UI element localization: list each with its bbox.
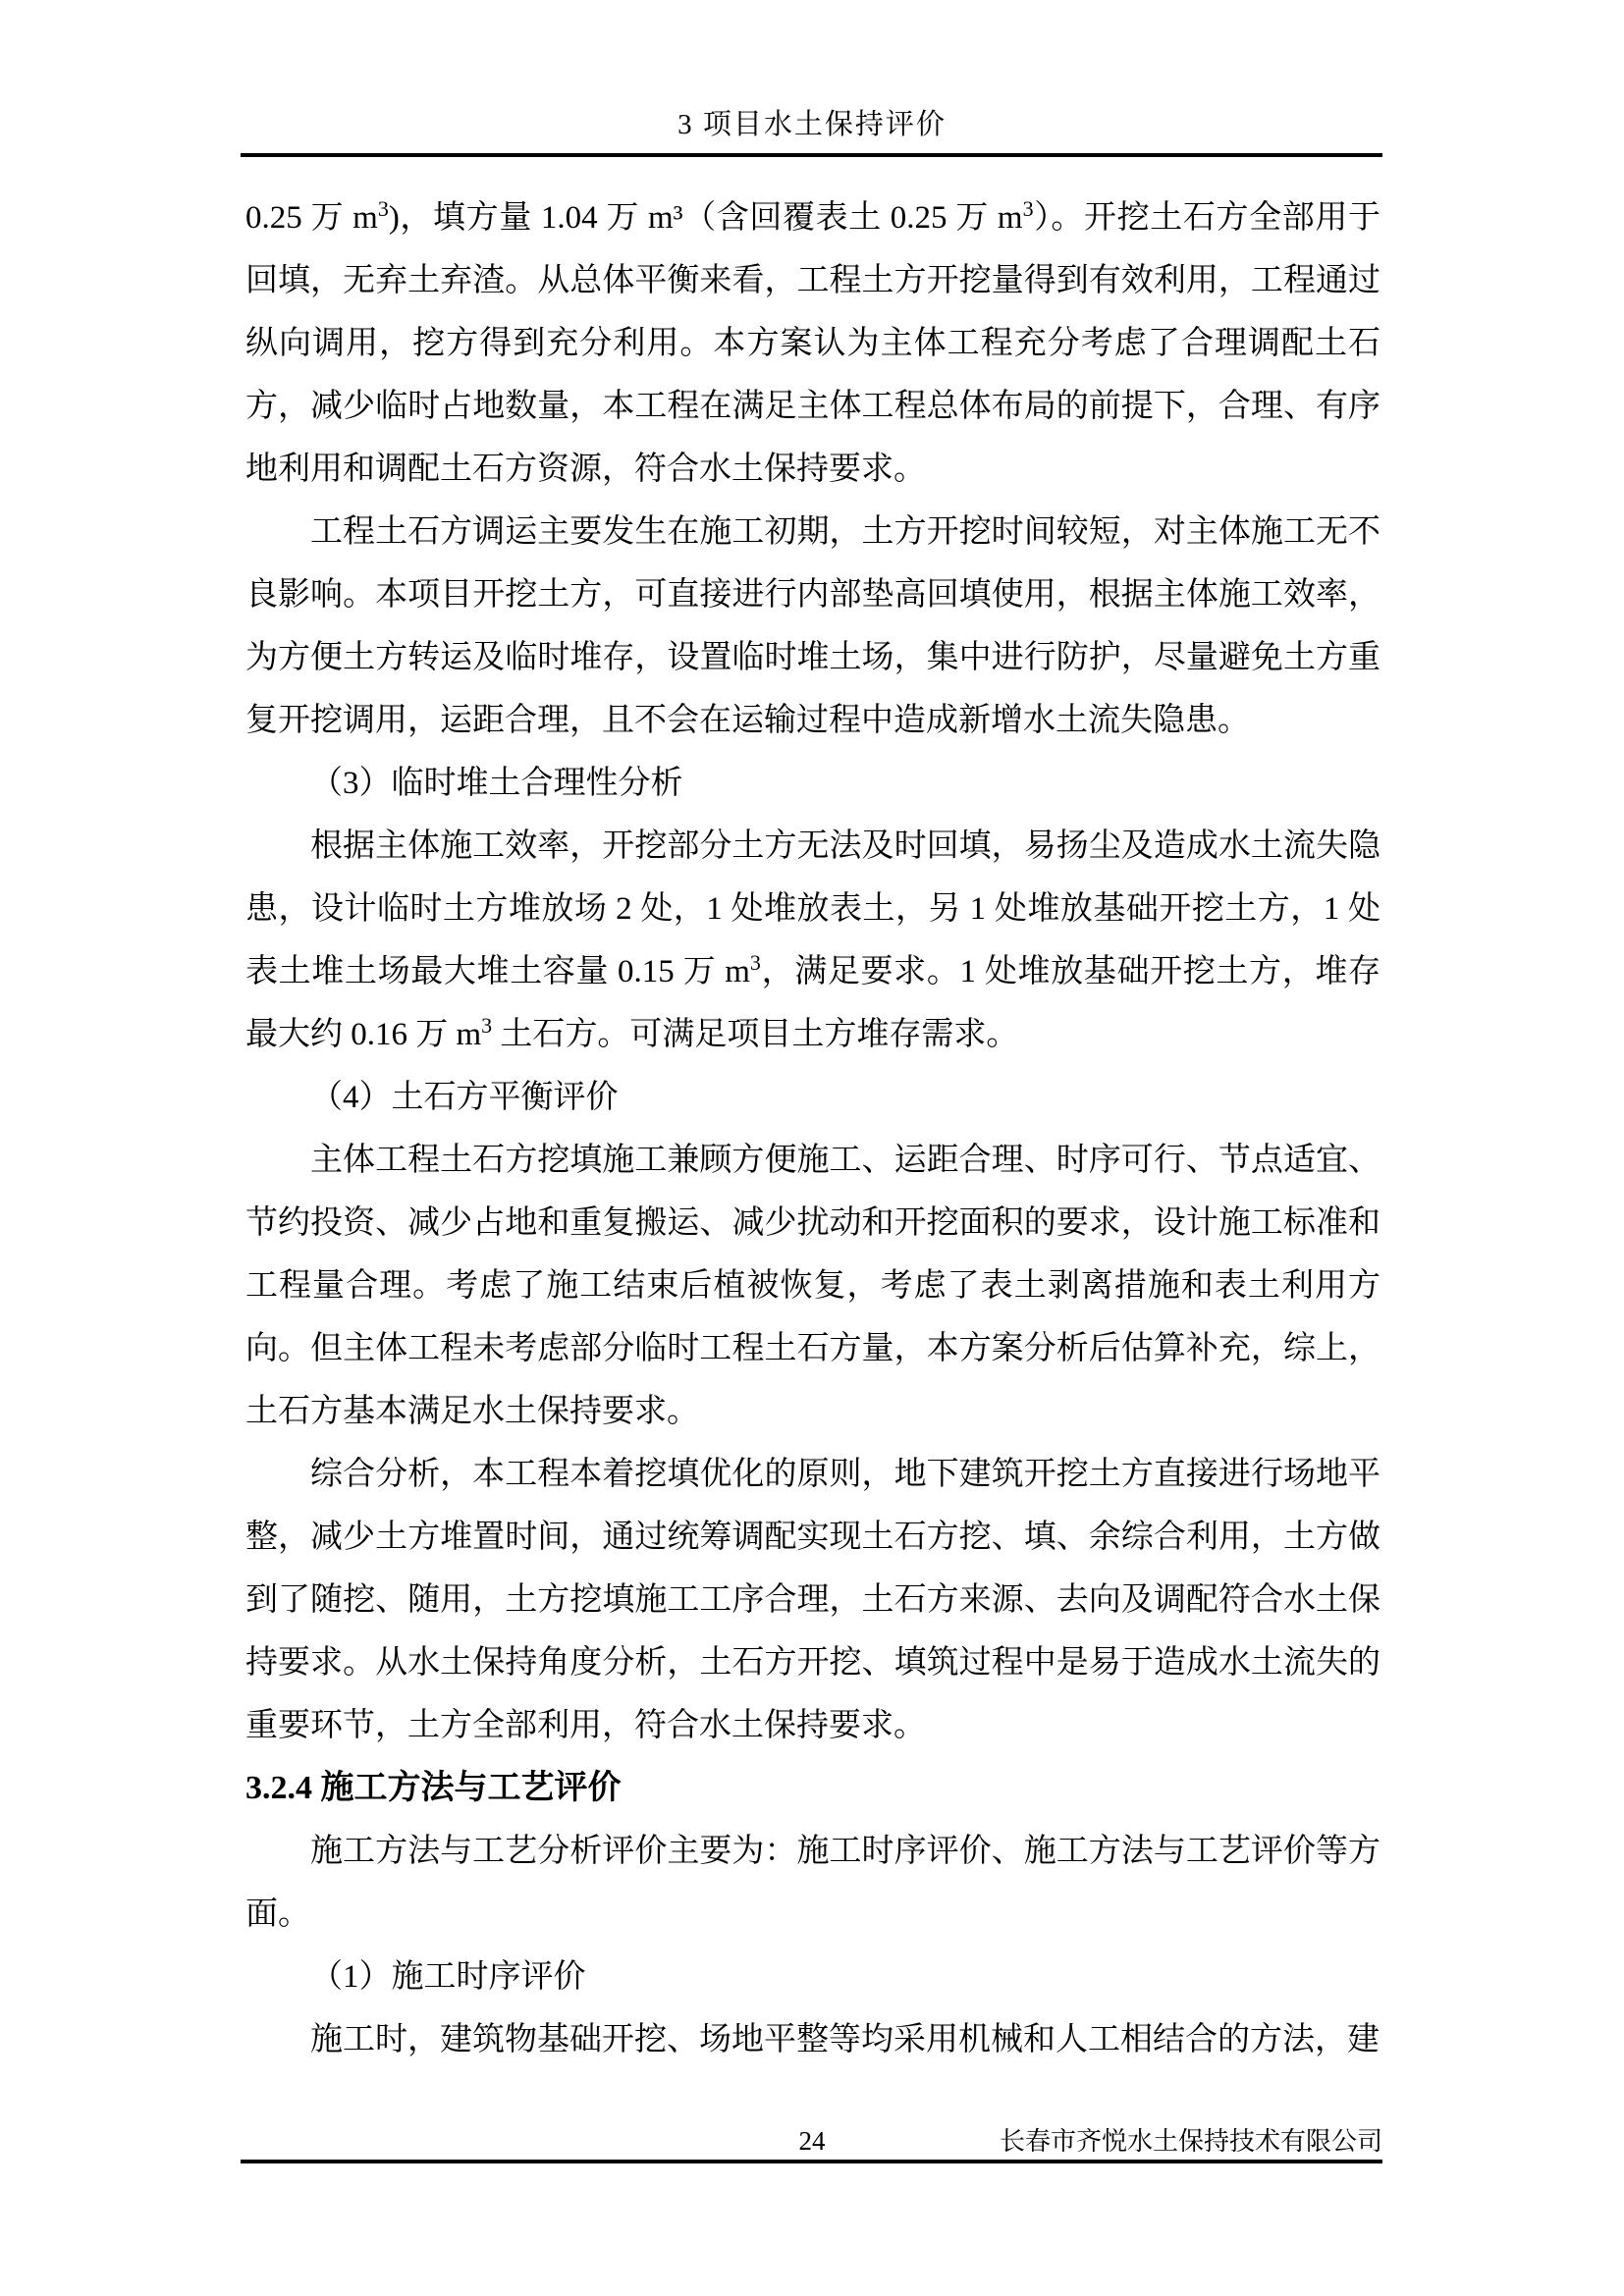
header-divider [241,153,1382,157]
footer-divider [241,2160,1382,2163]
paragraph: 主体工程土石方挖填施工兼顾方便施工、运距合理、时序可行、节点适宜、节约投资、减少… [245,1129,1380,1443]
paragraph: （3）临时堆土合理性分析 [245,752,1380,815]
document-page: 3 项目水土保持评价 0.25 万 m3)，填方量 1.04 万 m³（含回覆表… [0,0,1624,2296]
page-header-title: 3 项目水土保持评价 [244,104,1380,145]
footer-company-name: 长春市齐悦水土保持技术有限公司 [1000,2126,1382,2158]
paragraph: 施工时，建筑物基础开挖、场地平整等均采用机械和人工相结合的方法，建 [245,2008,1380,2071]
document-body: 0.25 万 m3)，填方量 1.04 万 m³（含回覆表土 0.25 万 m3… [245,187,1380,2071]
paragraph: 施工方法与工艺分析评价主要为：施工时序评价、施工方法与工艺评价等方面。 [245,1820,1380,1946]
paragraph: （1）施工时序评价 [245,1946,1380,2008]
paragraph: （4）土石方平衡评价 [245,1066,1380,1129]
superscript: 3 [378,196,389,221]
paragraph: 根据主体施工效率，开挖部分土方无法及时回填，易扬尘及造成水土流失隐患，设计临时土… [245,815,1380,1066]
paragraph: 综合分析，本工程本着挖填优化的原则，地下建筑开挖土方直接进行场地平整，减少土方堆… [245,1443,1380,1757]
paragraph: 0.25 万 m3)，填方量 1.04 万 m³（含回覆表土 0.25 万 m3… [245,187,1380,501]
superscript: 3 [481,1013,492,1038]
paragraph: 工程土石方调运主要发生在施工初期，土方开挖时间较短，对主体施工无不良影响。本项目… [245,501,1380,752]
section-heading: 3.2.4 施工方法与工艺评价 [245,1757,1380,1820]
superscript: 3 [750,950,761,975]
superscript: 3 [1023,196,1034,221]
